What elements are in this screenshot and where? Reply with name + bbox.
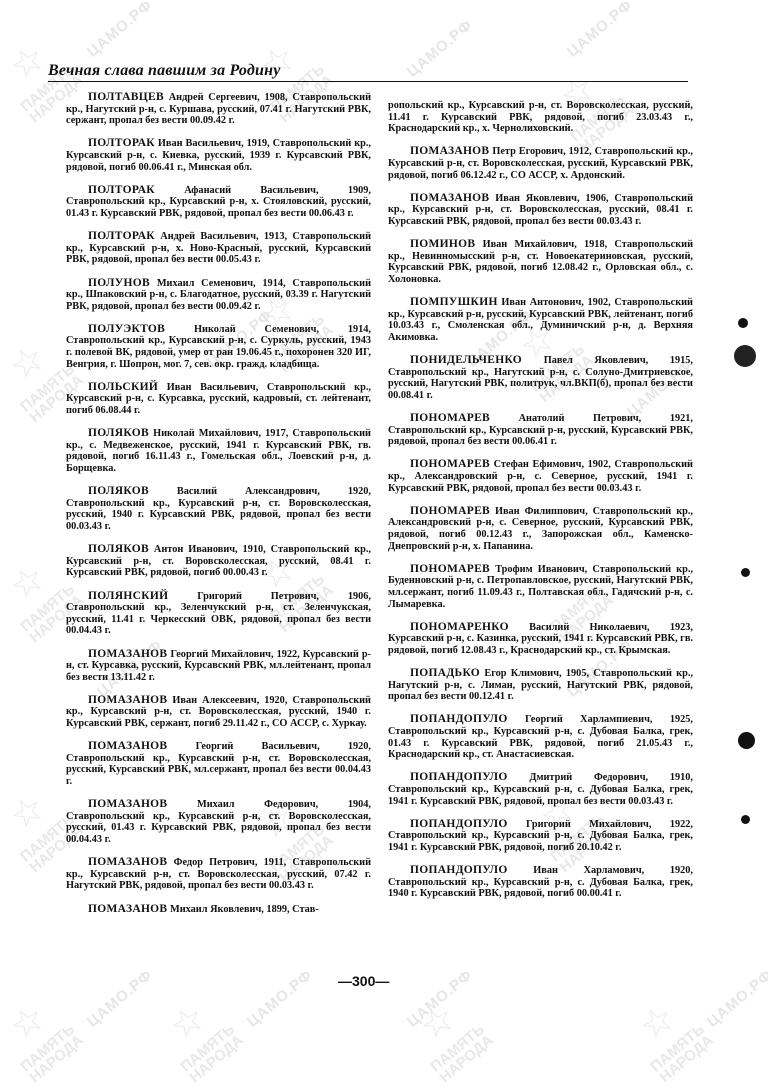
memorial-entry: ПОМАЗАНОВ Петр Егорович, 1912, Ставропол… [388, 146, 693, 181]
watermark-project-text: ПАМЯТЬНАРОДА [429, 1022, 497, 1085]
memorial-entry: ПОЛУНОВ Михаил Семенович, 1914, Ставропо… [66, 278, 371, 313]
entry-surname: ПОЛТАВЦЕВ [88, 91, 164, 103]
scan-hole-mark [738, 732, 755, 749]
entry-surname: ПОНОМАРЕВ [410, 563, 490, 575]
entry-surname: ПОЛУЭКТОВ [88, 323, 165, 335]
memorial-entry: ПОЛТОРАК Андрей Васильевич, 1913, Ставро… [66, 231, 371, 266]
entry-surname: ПОЛТОРАК [88, 184, 155, 196]
memorial-entry: ПОЛЯНСКИЙ Григорий Петрович, 1906, Ставр… [66, 591, 371, 637]
memorial-entry: ПОЛЬСКИЙ Иван Васильевич, Ставропольский… [66, 382, 371, 417]
watermark-site-text: ЦАМО.РФ [84, 966, 156, 1030]
entry-surname: ПОМАЗАНОВ [88, 798, 167, 810]
entry-surname: ПОЛУНОВ [88, 277, 150, 289]
memorial-entry: ПОМАЗАНОВ Федор Петрович, 1911, Ставропо… [66, 857, 371, 892]
memorial-entry: ПОЛТОРАК Иван Васильевич, 1919, Ставропо… [66, 138, 371, 173]
memorial-entry: ПОНОМАРЕВ Иван Филиппович, Ставропольски… [388, 506, 693, 552]
watermark-star-icon: ☆ [631, 994, 683, 1049]
watermark-star-icon: ☆ [161, 994, 213, 1049]
watermark-star-icon: ☆ [1, 784, 53, 839]
watermark-site-text: ЦАМО.РФ [404, 966, 476, 1030]
watermark-site-text: ЦАМО.РФ [84, 0, 156, 61]
memorial-entry: ПОМПУШКИН Иван Антонович, 1902, Ставропо… [388, 297, 693, 343]
memorial-entry: ПОЛТОРАК Афанасий Васильевич, 1909, Став… [66, 185, 371, 220]
watermark-project-text: ПАМЯТЬНАРОДА [649, 1022, 717, 1085]
memorial-entry: ПОМИНОВ Иван Михайлович, 1918, Ставропол… [388, 239, 693, 285]
entry-surname: ПОПАДЬКО [410, 667, 480, 679]
entry-surname: ПОНОМАРЕВ [410, 505, 490, 517]
watermark-project-text: ПАМЯТЬНАРОДА [179, 1022, 247, 1085]
memorial-entry: ПОМАЗАНОВ Михаил Федорович, 1904, Ставро… [66, 799, 371, 845]
entry-surname: ПОНИДЕЛЬЧЕНКО [410, 354, 522, 366]
watermark-star-icon: ☆ [1, 554, 53, 609]
scan-hole-mark [741, 815, 750, 824]
entry-surname: ПОЛЯКОВ [88, 485, 149, 497]
memorial-entry: ПОЛЯКОВ Антон Иванович, 1910, Ставрополь… [66, 544, 371, 579]
memorial-entry: ПОПАНДОПУЛО Григорий Михайлович, 1922, С… [388, 819, 693, 854]
page-header: Вечная слава павшим за Родину [48, 62, 688, 82]
watermark-site-text: ЦАМО.РФ [704, 966, 768, 1030]
memorial-entry: ПОЛЯКОВ Василий Александрович, 1920, Ста… [66, 486, 371, 532]
memorial-entry: ПОНОМАРЕНКО Василий Николаевич, 1923, Ку… [388, 622, 693, 657]
memorial-entry: ПОПАНДОПУЛО Георгий Харлампиевич, 1925, … [388, 714, 693, 760]
continued-entry: ропольский кр., Курсавский р-н, ст. Воро… [388, 100, 693, 135]
left-column: ПОЛТАВЦЕВ Андрей Сергеевич, 1908, Ставро… [66, 92, 371, 927]
memorial-entry: ПОПАНДОПУЛО Иван Харламович, 1920, Ставр… [388, 865, 693, 900]
scan-hole-mark [741, 568, 750, 577]
entry-surname: ПОМАЗАНОВ [410, 145, 489, 157]
memorial-entry: ПОНОМАРЕВ Трофим Иванович, Ставропольски… [388, 564, 693, 610]
entry-surname: ПОПАНДОПУЛО [410, 818, 508, 830]
watermark-star-icon: ☆ [1, 994, 53, 1049]
watermark-star-icon: ☆ [1, 34, 53, 89]
scan-hole-mark [734, 345, 756, 367]
entry-surname: ПОНОМАРЕНКО [410, 621, 509, 633]
entry-surname: ПОНОМАРЕВ [410, 458, 490, 470]
watermark-star-icon: ☆ [411, 994, 463, 1049]
entry-surname: ПОЛЯКОВ [88, 427, 149, 439]
memorial-entry: ПОМАЗАНОВ Иван Яковлевич, 1906, Ставропо… [388, 193, 693, 228]
entry-surname: ПОМИНОВ [410, 238, 475, 250]
memorial-entry: ПОПАНДОПУЛО Дмитрий Федорович, 1910, Ста… [388, 772, 693, 807]
watermark-project-text: ПАМЯТЬНАРОДА [19, 1022, 87, 1085]
entry-surname: ПОМАЗАНОВ [88, 740, 167, 752]
memorial-entry: ПОМАЗАНОВ Георгий Васильевич, 1920, Став… [66, 741, 371, 787]
entry-surname: ПОПАНДОПУЛО [410, 864, 508, 876]
entry-surname: ПОНОМАРЕВ [410, 412, 490, 424]
memorial-entry: ПОМАЗАНОВ Иван Алексеевич, 1920, Ставроп… [66, 695, 371, 730]
watermark-star-icon: ☆ [1, 334, 53, 389]
memorial-entry: ПОНОМАРЕВ Стефан Ефимович, 1902, Ставроп… [388, 459, 693, 494]
entry-surname: ПОПАНДОПУЛО [410, 771, 508, 783]
memorial-entry: ПОМАЗАНОВ Георгий Михайлович, 1922, Курс… [66, 649, 371, 684]
watermark-site-text: ЦАМО.РФ [244, 966, 316, 1030]
watermark-site-text: ЦАМО.РФ [564, 0, 636, 61]
entry-surname: ПОЛЯНСКИЙ [88, 590, 168, 602]
memorial-entry: ПОЛУЭКТОВ Николай Семенович, 1914, Ставр… [66, 324, 371, 370]
running-head-title: Вечная слава павшим за Родину [48, 62, 281, 81]
entry-surname: ПОМПУШКИН [410, 296, 498, 308]
memorial-entry: ПОЛТАВЦЕВ Андрей Сергеевич, 1908, Ставро… [66, 92, 371, 127]
entry-surname: ПОМАЗАНОВ [88, 648, 167, 660]
memorial-entry: ПОМАЗАНОВ Михаил Яковлевич, 1899, Став- [66, 904, 371, 916]
right-column: ропольский кр., Курсавский р-н, ст. Воро… [388, 100, 693, 912]
entry-surname: ПОМАЗАНОВ [410, 192, 489, 204]
page-number: —300— [338, 973, 389, 989]
entry-surname: ПОЛЬСКИЙ [88, 381, 158, 393]
memorial-entry: ПОПАДЬКО Егор Климович, 1905, Ставрополь… [388, 668, 693, 703]
entry-surname: ПОПАНДОПУЛО [410, 713, 508, 725]
entry-surname: ПОМАЗАНОВ [88, 903, 167, 915]
entry-surname: ПОМАЗАНОВ [88, 856, 167, 868]
memorial-entry: ПОНИДЕЛЬЧЕНКО Павел Яковлевич, 1915, Ста… [388, 355, 693, 401]
scan-hole-mark [738, 318, 748, 328]
memorial-entry: ПОЛЯКОВ Николай Михайлович, 1917, Ставро… [66, 428, 371, 474]
entry-details: Михаил Яковлевич, 1899, Став- [170, 904, 319, 915]
memorial-entry: ПОНОМАРЕВ Анатолий Петрович, 1921, Ставр… [388, 413, 693, 448]
entry-surname: ПОЛТОРАК [88, 137, 155, 149]
entry-surname: ПОЛЯКОВ [88, 543, 149, 555]
entry-surname: ПОМАЗАНОВ [88, 694, 167, 706]
entry-surname: ПОЛТОРАК [88, 230, 155, 242]
